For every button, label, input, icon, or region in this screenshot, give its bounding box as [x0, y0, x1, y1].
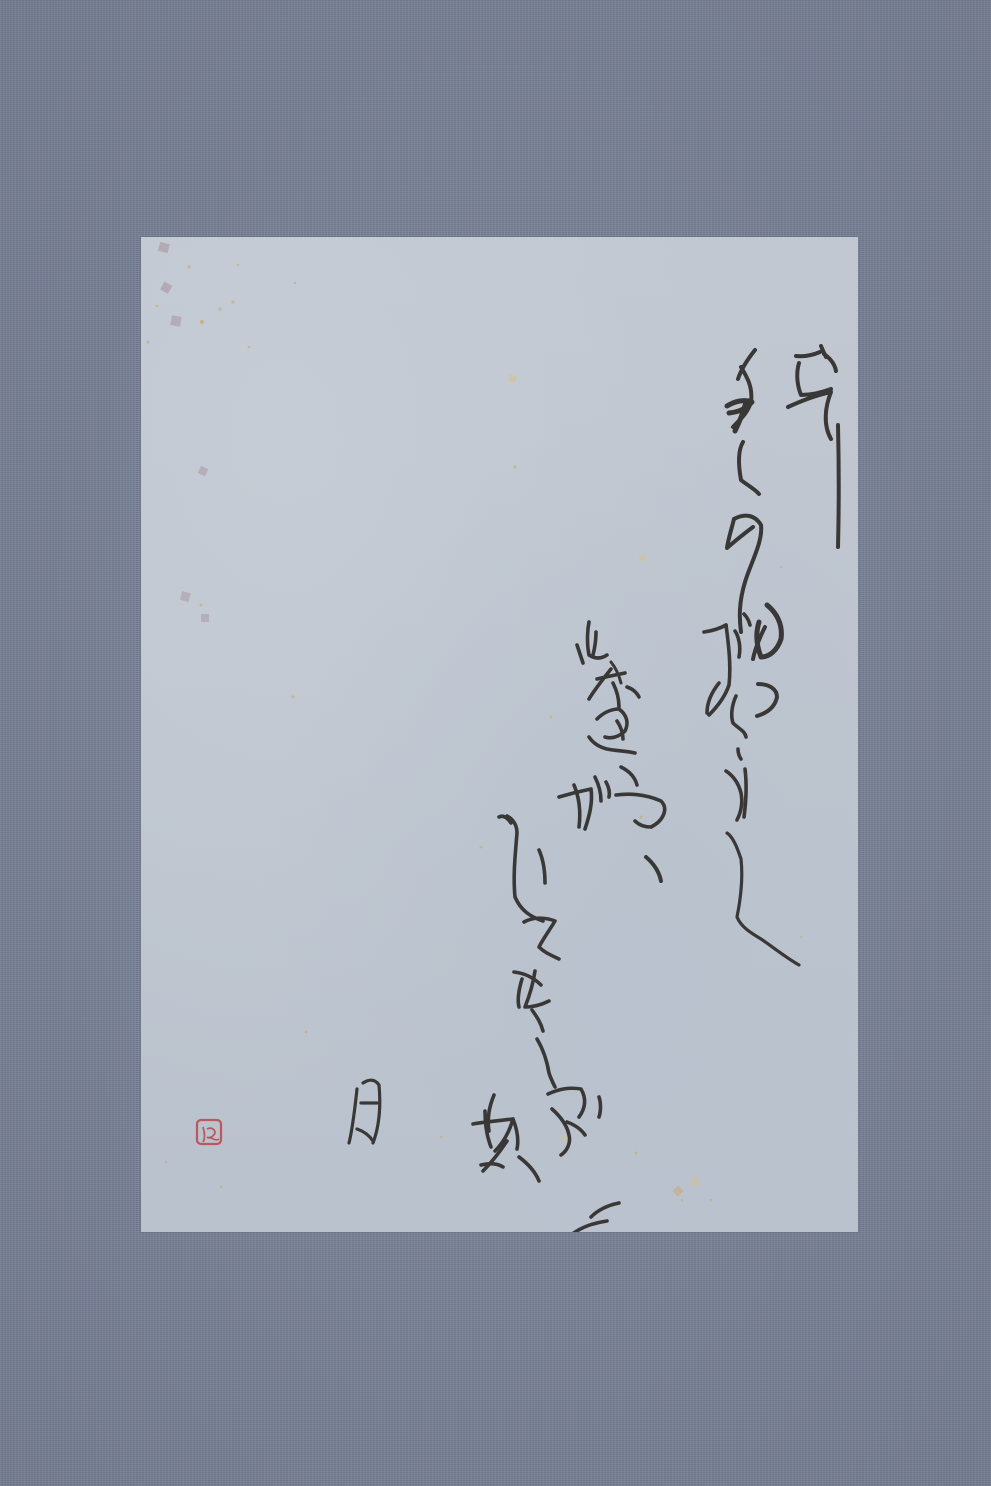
- column-1-strokes: [727, 350, 781, 716]
- column-6-lower-strokes: [646, 857, 661, 881]
- calligraphy-paper: [141, 237, 858, 1232]
- red-seal-stamp: [197, 1120, 221, 1144]
- silk-mount-background: Japanese kana calligraphy on a light blu…: [0, 0, 991, 1486]
- paper-flecks: [146, 242, 802, 1201]
- column-4-strokes: [577, 622, 639, 785]
- scene-description: Japanese kana calligraphy on a light blu…: [0, 0, 1, 1]
- column-2-strokes: [788, 346, 839, 547]
- column-3-strokes: [704, 614, 799, 965]
- ink-strokes: [349, 346, 839, 1232]
- signature-strokes: [349, 1080, 380, 1143]
- column-5-strokes: [499, 777, 665, 1155]
- column-6-strokes: [473, 1095, 619, 1232]
- calligraphy-artwork: [141, 237, 858, 1232]
